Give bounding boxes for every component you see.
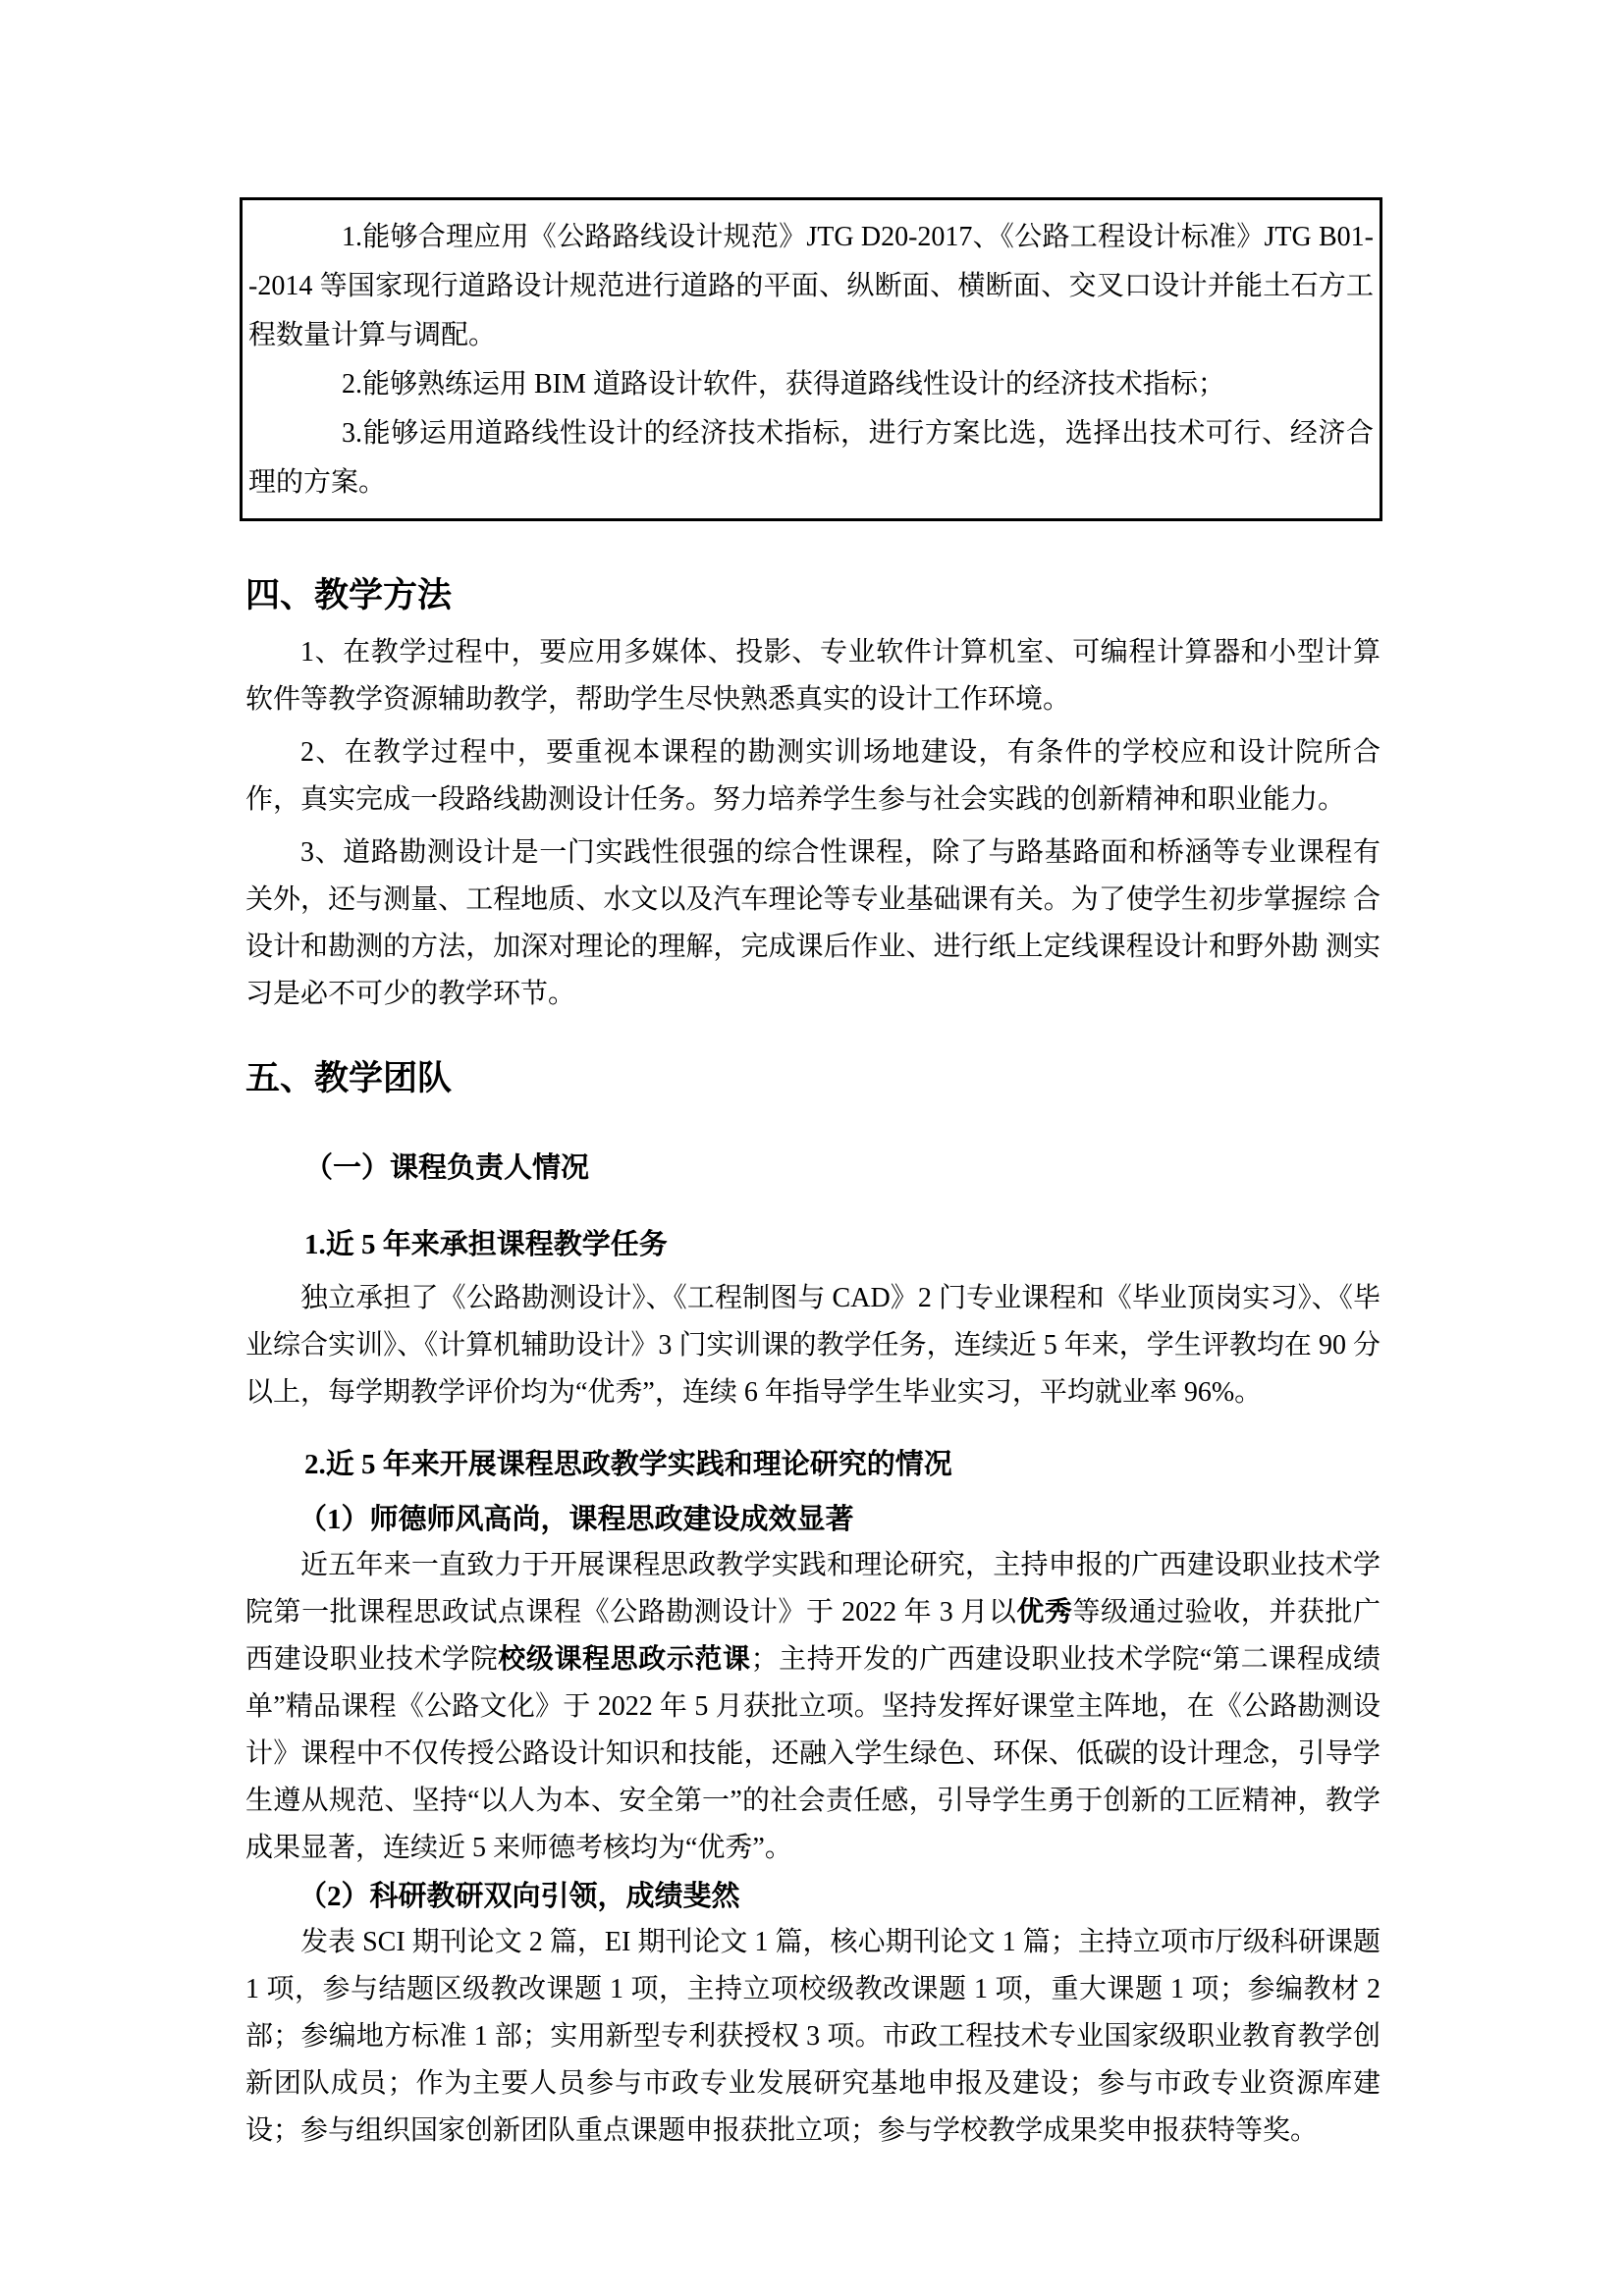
subheading-ethics-achievements: （1）师德师风高尚，课程思政建设成效显著	[240, 1503, 1382, 1536]
teaching-methods-paragraph-1: 1、在教学过程中，要应用多媒体、投影、专业软件计算机室、可编程计算器和小型计算 …	[240, 629, 1382, 723]
teaching-methods-paragraph-2: 2、在教学过程中，要重视本课程的勘测实训场地建设，有条件的学校应和设计院所合作，…	[240, 729, 1382, 824]
section-heading-teaching-team: 五、教学团队	[240, 1057, 1382, 1100]
subheading-course-leader: （一）课程负责人情况	[240, 1151, 1382, 1185]
objective-item-2: 2.能够熟练运用 BIM 道路设计软件，获得道路线性设计的经济技术指标；	[248, 360, 1374, 409]
course-objectives-box: 1.能够合理应用《公路路线设计规范》JTG D20-2017、《公路工程设计标准…	[240, 197, 1382, 521]
subheading-teaching-tasks: 1.近 5 年来承担课程教学任务	[240, 1228, 1382, 1261]
objective-item-1: 1.能够合理应用《公路路线设计规范》JTG D20-2017、《公路工程设计标准…	[248, 213, 1374, 360]
document-page: 1.能够合理应用《公路路线设计规范》JTG D20-2017、《公路工程设计标准…	[0, 0, 1624, 2296]
teaching-methods-paragraph-3: 3、道路勘测设计是一门实践性很强的综合性课程，除了与路基路面和桥涵等专业课程有 …	[240, 829, 1382, 1018]
subheading-ideology-research: 2.近 5 年来开展课程思政教学实践和理论研究的情况	[240, 1448, 1382, 1481]
ethics-achievements-paragraph: 近五年来一直致力于开展课程思政教学实践和理论研究，主持申报的广西建设职业技术学院…	[240, 1542, 1382, 1872]
objective-item-3: 3.能够运用道路线性设计的经济技术指标，进行方案比选，选择出技术可行、经济合理的…	[248, 409, 1374, 507]
section-heading-teaching-methods: 四、教学方法	[240, 574, 1382, 617]
subheading-research-results: （2）科研教研双向引领，成绩斐然	[240, 1880, 1382, 1913]
body-text: ；主持开发的广西建设职业技术学院“第二课程成绩单”精品课程《公路文化》于 202…	[245, 1644, 1380, 1863]
emphasis-text: 校级课程思政示范课	[498, 1644, 750, 1675]
emphasis-text: 优秀	[1016, 1597, 1072, 1628]
document-content: 1.能够合理应用《公路路线设计规范》JTG D20-2017、《公路工程设计标准…	[240, 197, 1382, 2155]
teaching-tasks-paragraph: 独立承担了《公路勘测设计》、《工程制图与 CAD》2 门专业课程和《毕业顶岗实习…	[240, 1275, 1382, 1416]
research-results-paragraph: 发表 SCI 期刊论文 2 篇，EI 期刊论文 1 篇，核心期刊论文 1 篇；主…	[240, 1919, 1382, 2155]
